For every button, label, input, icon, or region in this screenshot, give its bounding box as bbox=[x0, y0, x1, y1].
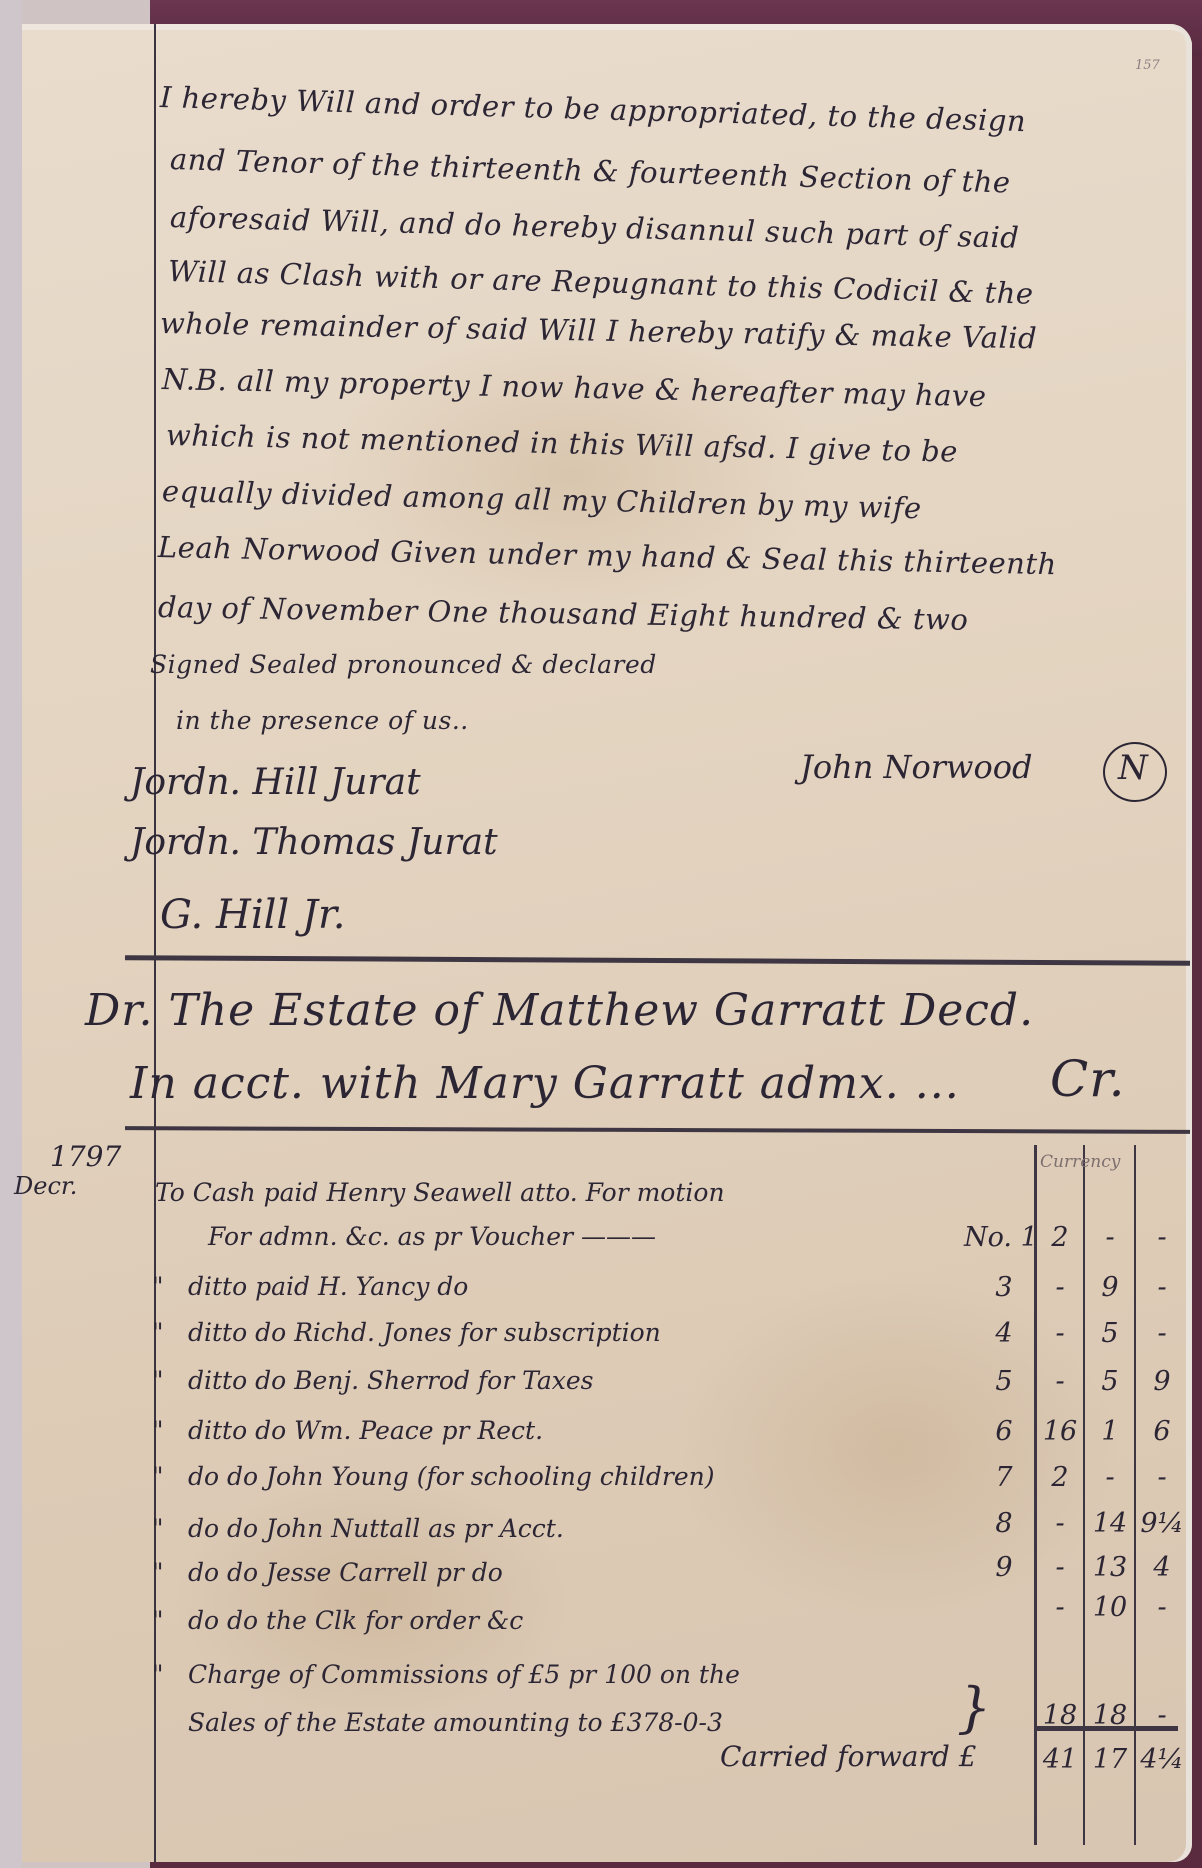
voucher-number: 9 bbox=[980, 1552, 1028, 1583]
voucher-number: No. 1 bbox=[964, 1222, 1030, 1253]
voucher-number: 8 bbox=[980, 1508, 1028, 1539]
amount-pounds: - bbox=[1036, 1366, 1084, 1397]
voucher-number: 4 bbox=[980, 1318, 1028, 1349]
will-line: Signed Sealed pronounced & declared bbox=[150, 650, 657, 679]
amount-shillings: 1 bbox=[1086, 1416, 1134, 1447]
amount-pence: 9 bbox=[1138, 1366, 1186, 1397]
account-heading-with: In acct. with Mary Garratt admx. ... bbox=[130, 1058, 960, 1109]
amount-pence: 6 bbox=[1138, 1416, 1186, 1447]
carried-forward-label: Carried forward £ bbox=[720, 1740, 977, 1773]
entry-year: 1797 bbox=[50, 1140, 121, 1173]
amount-shillings: - bbox=[1086, 1222, 1134, 1253]
amount-pence: - bbox=[1138, 1592, 1186, 1623]
entry-text: For admn. &c. as pr Voucher ——— bbox=[208, 1222, 656, 1251]
total-pence: 4¼ bbox=[1138, 1744, 1186, 1775]
entry-text: do do John Young (for schooling children… bbox=[188, 1462, 715, 1491]
clerk-signature: G. Hill Jr. bbox=[160, 892, 345, 938]
amount-pounds: - bbox=[1036, 1552, 1084, 1583]
entry-marker: " bbox=[152, 1416, 164, 1445]
amount-shillings: 5 bbox=[1086, 1366, 1134, 1397]
entry-text: Charge of Commissions of £5 pr 100 on th… bbox=[188, 1660, 740, 1689]
entry-marker: " bbox=[152, 1514, 164, 1543]
amount-pence: 4 bbox=[1138, 1552, 1186, 1583]
entry-month: Decr. bbox=[14, 1172, 77, 1200]
entry-text: Sales of the Estate amounting to £378-0-… bbox=[188, 1708, 723, 1737]
amount-pence: - bbox=[1138, 1272, 1186, 1303]
testator-signature: John Norwood bbox=[800, 748, 1032, 786]
amount-shillings: 9 bbox=[1086, 1272, 1134, 1303]
entry-text: do do Jesse Carrell pr do bbox=[188, 1558, 503, 1587]
page-gutter-strip bbox=[0, 0, 22, 1868]
amount-pence: - bbox=[1138, 1318, 1186, 1349]
account-heading-credit: Cr. bbox=[1050, 1050, 1126, 1108]
total-rule bbox=[1036, 1726, 1178, 1731]
voucher-number: 5 bbox=[980, 1366, 1028, 1397]
amount-pounds: - bbox=[1036, 1272, 1084, 1303]
amount-pence: - bbox=[1138, 1222, 1186, 1253]
amount-shillings: 10 bbox=[1086, 1592, 1134, 1623]
amount-pence: 9¼ bbox=[1138, 1508, 1186, 1539]
entry-marker: " bbox=[152, 1558, 164, 1587]
voucher-number: 7 bbox=[980, 1462, 1028, 1493]
seal-mark: N bbox=[1118, 748, 1148, 788]
amount-shillings: 13 bbox=[1086, 1552, 1134, 1583]
entry-text: ditto do Richd. Jones for subscription bbox=[188, 1318, 661, 1347]
brace-mark: } bbox=[950, 1676, 998, 1739]
amount-pounds: 2 bbox=[1036, 1462, 1084, 1493]
entry-text: To Cash paid Henry Seawell atto. For mot… bbox=[155, 1178, 725, 1207]
voucher-number: 3 bbox=[980, 1272, 1028, 1303]
voucher-number: 6 bbox=[980, 1416, 1028, 1447]
amount-pounds: - bbox=[1036, 1318, 1084, 1349]
total-pounds: 41 bbox=[1036, 1744, 1084, 1775]
amount-pounds: - bbox=[1036, 1592, 1084, 1623]
entry-marker: " bbox=[152, 1366, 164, 1395]
amount-pence: - bbox=[1138, 1462, 1186, 1493]
will-line: in the presence of us.. bbox=[176, 706, 469, 735]
amount-pounds: - bbox=[1036, 1508, 1084, 1539]
account-heading-debtor: Dr. The Estate of Matthew Garratt Decd. bbox=[85, 985, 1034, 1036]
total-shillings: 17 bbox=[1086, 1744, 1134, 1775]
amount-shillings: - bbox=[1086, 1462, 1134, 1493]
entry-marker: " bbox=[152, 1606, 164, 1635]
pence-column-rule bbox=[1134, 1145, 1136, 1845]
entry-marker: " bbox=[152, 1462, 164, 1491]
amount-pounds: 2 bbox=[1036, 1222, 1084, 1253]
entry-marker: " bbox=[152, 1318, 164, 1347]
amount-shillings: 14 bbox=[1086, 1508, 1134, 1539]
amount-shillings: 5 bbox=[1086, 1318, 1134, 1349]
entry-text: do do John Nuttall as pr Acct. bbox=[188, 1514, 564, 1543]
page-number: 157 bbox=[1135, 58, 1160, 73]
witness-signature: Jordn. Thomas Jurat bbox=[130, 822, 498, 863]
entry-text: ditto paid H. Yancy do bbox=[188, 1272, 468, 1301]
entry-marker: " bbox=[152, 1660, 164, 1689]
amount-pounds: 16 bbox=[1036, 1416, 1084, 1447]
entry-text: do do the Clk for order &c bbox=[188, 1606, 523, 1635]
entry-text: ditto do Benj. Sherrod for Taxes bbox=[188, 1366, 594, 1395]
witness-signature: Jordn. Hill Jurat bbox=[130, 762, 421, 803]
entry-marker: " bbox=[152, 1272, 164, 1301]
currency-column-label: Currency bbox=[1040, 1152, 1120, 1172]
entry-text: ditto do Wm. Peace pr Rect. bbox=[188, 1416, 543, 1445]
